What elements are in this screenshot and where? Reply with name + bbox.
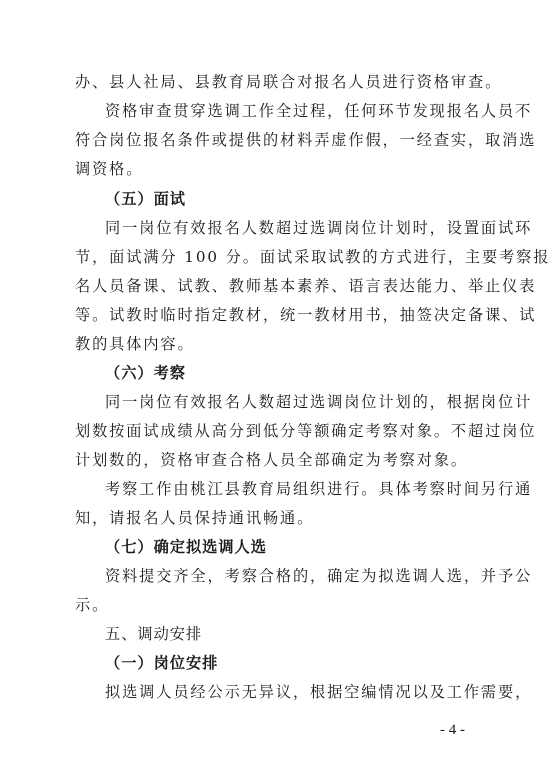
paragraph-line: 拟选调人员经公示无异议，根据空编情况以及工作需要， bbox=[105, 682, 510, 702]
paragraph-line: 同一岗位有效报名人数超过选调岗位计划的，根据岗位计 bbox=[105, 392, 510, 412]
paragraph-line: 计划数的，资格审查合格人员全部确定为考察对象。 bbox=[75, 450, 480, 470]
paragraph-line: 等。试教时临时指定教材，统一教材用书，抽签决定备课、试 bbox=[75, 305, 480, 325]
section-heading: （五）面试 bbox=[105, 189, 510, 209]
section-heading: （一）岗位安排 bbox=[105, 653, 510, 673]
paragraph-line: 调资格。 bbox=[75, 159, 480, 179]
paragraph-line: 符合岗位报名条件或提供的材料弄虚作假，一经查实，取消选 bbox=[75, 130, 480, 150]
section-heading: （七）确定拟选调人选 bbox=[105, 537, 510, 557]
document-page: 办、县人社局、县教育局联合对报名人员进行资格审查。资格审查贯穿选调工作全过程，任… bbox=[0, 0, 554, 784]
paragraph-line: 资料提交齐全，考察合格的，确定为拟选调人选，并予公 bbox=[105, 566, 510, 586]
paragraph-line: 资格审查贯穿选调工作全过程，任何环节发现报名人员不 bbox=[105, 101, 510, 121]
paragraph-line: 节，面试满分 100 分。面试采取试教的方式进行，主要考察报 bbox=[75, 247, 480, 267]
paragraph-line: 同一岗位有效报名人数超过选调岗位计划时，设置面试环 bbox=[105, 218, 510, 238]
paragraph-line: 考察工作由桃江县教育局组织进行。具体考察时间另行通 bbox=[105, 479, 510, 499]
paragraph-line: 知，请报名人员保持通讯畅通。 bbox=[75, 508, 480, 528]
section-heading: 五、调动安排 bbox=[105, 624, 510, 644]
paragraph-line: 划数按面试成绩从高分到低分等额确定考察对象。不超过岗位 bbox=[75, 421, 480, 441]
section-heading: （六）考察 bbox=[105, 363, 510, 383]
paragraph-line: 办、县人社局、县教育局联合对报名人员进行资格审查。 bbox=[75, 72, 480, 92]
page-number: - 4 - bbox=[440, 722, 465, 739]
paragraph-line: 教的具体内容。 bbox=[75, 334, 480, 354]
paragraph-line: 示。 bbox=[75, 595, 480, 615]
paragraph-line: 名人员备课、试教、教师基本素养、语言表达能力、举止仪表 bbox=[75, 276, 480, 296]
